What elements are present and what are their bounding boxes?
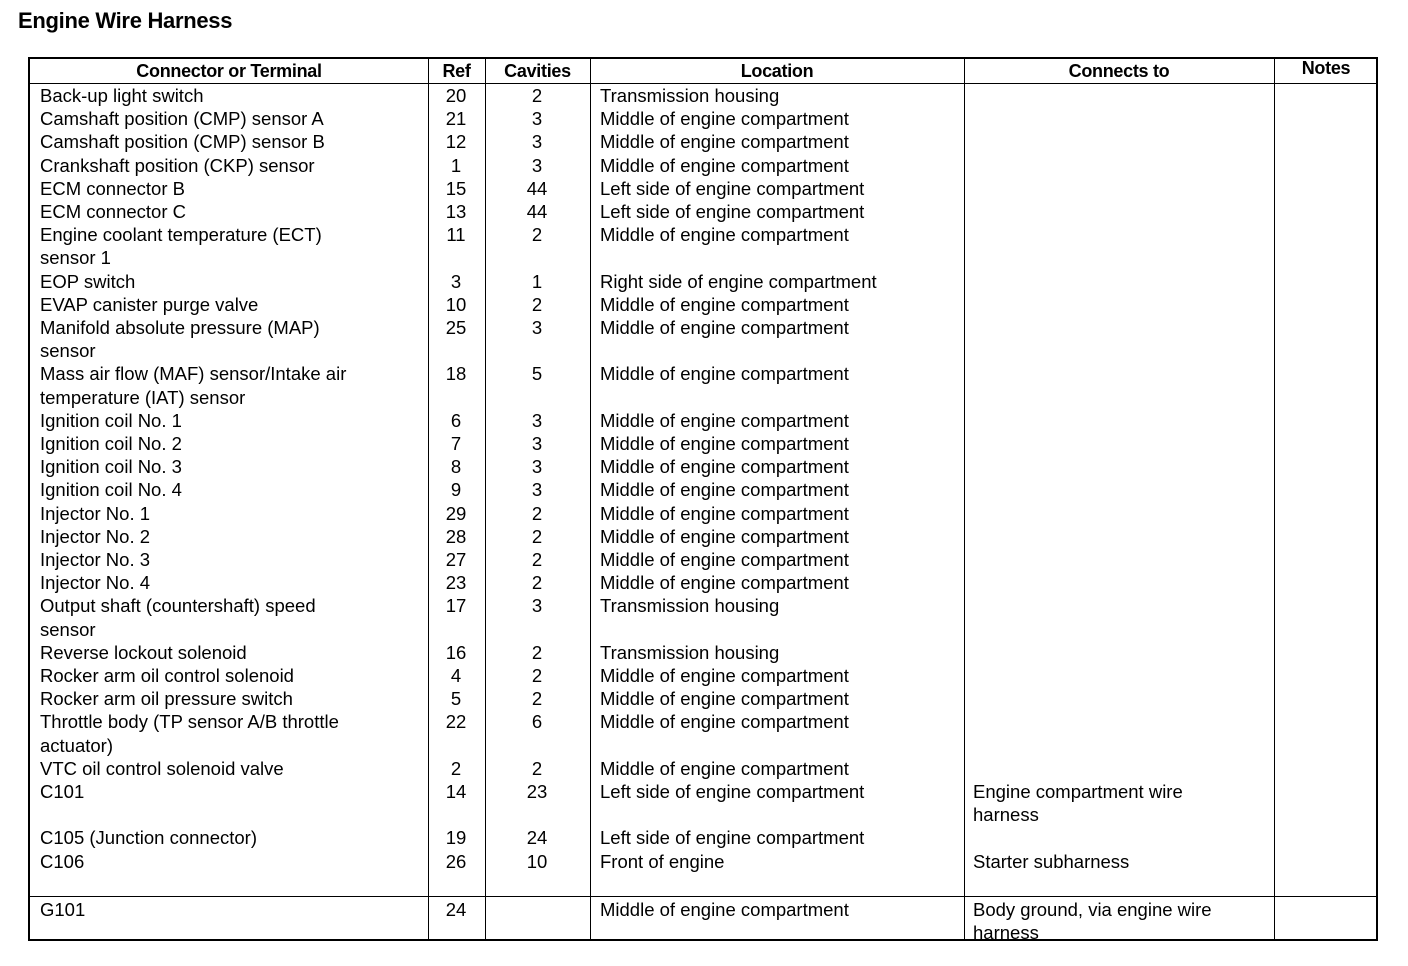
cell-connector: C101 [40, 780, 430, 803]
column-divider [590, 59, 591, 939]
cell-cavities: 2 [485, 293, 589, 316]
cell-cavities: 6 [485, 710, 589, 733]
cell-location: Middle of engine compartment [600, 898, 849, 921]
cell-connector: Ignition coil No. 2 [40, 432, 430, 455]
header-connector: Connector or Terminal [30, 59, 428, 84]
cell-cavities: 2 [485, 571, 589, 594]
header-ref: Ref [428, 59, 485, 84]
cell-ref: 7 [428, 432, 484, 455]
cell-ref: 11 [428, 223, 484, 246]
cell-cavities: 3 [485, 594, 589, 617]
cell-cavities: 3 [485, 455, 589, 478]
cell-location: Middle of engine compartment [600, 548, 849, 571]
cell-cavities: 2 [485, 641, 589, 664]
cell-cavities: 2 [485, 757, 589, 780]
column-divider [1274, 59, 1275, 939]
cell-connector: EOP switch [40, 270, 430, 293]
cell-cavities: 2 [485, 525, 589, 548]
cell-cavities: 23 [485, 780, 589, 803]
cell-cavities: 10 [485, 850, 589, 873]
cell-cavities: 3 [485, 409, 589, 432]
cell-ref: 13 [428, 200, 484, 223]
cell-connector: Injector No. 1 [40, 502, 430, 525]
cell-ref: 16 [428, 641, 484, 664]
cell-cavities: 44 [485, 200, 589, 223]
column-divider [964, 59, 965, 939]
cell-ref: 20 [428, 84, 484, 107]
cell-ref: 4 [428, 664, 484, 687]
cell-ref: 27 [428, 548, 484, 571]
cell-connector: Ignition coil No. 3 [40, 455, 430, 478]
cell-ref: 8 [428, 455, 484, 478]
cell-ref: 14 [428, 780, 484, 803]
cell-ref: 24 [428, 898, 484, 921]
cell-location: Middle of engine compartment [600, 455, 849, 478]
cell-location: Right side of engine compartment [600, 270, 877, 293]
cell-location: Left side of engine compartment [600, 177, 864, 200]
cell-connector: Injector No. 3 [40, 548, 430, 571]
cell-ref: 18 [428, 362, 484, 385]
header-location: Location [590, 59, 964, 84]
cell-connector: Reverse lockout solenoid [40, 641, 430, 664]
cell-location: Middle of engine compartment [600, 293, 849, 316]
cell-location: Middle of engine compartment [600, 223, 849, 246]
cell-ref: 3 [428, 270, 484, 293]
cell-cavities: 3 [485, 478, 589, 501]
cell-connects-to: Body ground, via engine wire harness [973, 898, 1212, 944]
cell-location: Transmission housing [600, 594, 779, 617]
cell-cavities: 1 [485, 270, 589, 293]
cell-cavities: 2 [485, 687, 589, 710]
cell-connector: Rocker arm oil pressure switch [40, 687, 430, 710]
cell-location: Left side of engine compartment [600, 200, 864, 223]
cell-ref: 25 [428, 316, 484, 339]
cell-connector: Ignition coil No. 4 [40, 478, 430, 501]
cell-connects-to: Starter subharness [973, 850, 1129, 873]
cell-connector: Camshaft position (CMP) sensor A [40, 107, 430, 130]
cell-connector: ECM connector B [40, 177, 430, 200]
cell-connector: Ignition coil No. 1 [40, 409, 430, 432]
cell-ref: 23 [428, 571, 484, 594]
cell-connector: Crankshaft position (CKP) sensor [40, 154, 430, 177]
cell-location: Front of engine [600, 850, 724, 873]
cell-connector: Mass air flow (MAF) sensor/Intake air te… [40, 362, 430, 408]
cell-connector: Rocker arm oil control solenoid [40, 664, 430, 687]
cell-cavities: 3 [485, 432, 589, 455]
cell-ref: 15 [428, 177, 484, 200]
ground-row-divider [30, 896, 1376, 897]
cell-connector: Manifold absolute pressure (MAP) sensor [40, 316, 430, 362]
cell-connector: ECM connector C [40, 200, 430, 223]
cell-ref: 10 [428, 293, 484, 316]
cell-cavities: 3 [485, 154, 589, 177]
cell-location: Left side of engine compartment [600, 780, 864, 803]
cell-location: Middle of engine compartment [600, 710, 849, 733]
cell-cavities: 3 [485, 130, 589, 153]
cell-cavities: 24 [485, 826, 589, 849]
cell-ref: 22 [428, 710, 484, 733]
cell-connector: G101 [40, 898, 430, 921]
header-cavities: Cavities [485, 59, 590, 84]
cell-location: Middle of engine compartment [600, 571, 849, 594]
cell-cavities: 2 [485, 84, 589, 107]
cell-connector: EVAP canister purge valve [40, 293, 430, 316]
cell-cavities: 3 [485, 107, 589, 130]
engine-wire-harness-table: Connector or Terminal Ref Cavities Locat… [28, 57, 1378, 941]
cell-location: Left side of engine compartment [600, 826, 864, 849]
cell-cavities: 2 [485, 502, 589, 525]
cell-location: Middle of engine compartment [600, 432, 849, 455]
cell-location: Middle of engine compartment [600, 757, 849, 780]
cell-location: Middle of engine compartment [600, 409, 849, 432]
cell-connector: Injector No. 2 [40, 525, 430, 548]
cell-location: Middle of engine compartment [600, 130, 849, 153]
cell-ref: 9 [428, 478, 484, 501]
cell-ref: 5 [428, 687, 484, 710]
cell-location: Middle of engine compartment [600, 154, 849, 177]
cell-ref: 17 [428, 594, 484, 617]
cell-cavities: 2 [485, 664, 589, 687]
cell-ref: 21 [428, 107, 484, 130]
cell-ref: 26 [428, 850, 484, 873]
page-title: Engine Wire Harness [18, 8, 232, 34]
cell-location: Middle of engine compartment [600, 664, 849, 687]
cell-ref: 12 [428, 130, 484, 153]
cell-connector: C105 (Junction connector) [40, 826, 430, 849]
cell-connector: Output shaft (countershaft) speed sensor [40, 594, 430, 640]
header-notes: Notes [1274, 56, 1378, 81]
cell-location: Transmission housing [600, 84, 779, 107]
cell-connector: Injector No. 4 [40, 571, 430, 594]
cell-cavities: 2 [485, 223, 589, 246]
cell-location: Transmission housing [600, 641, 779, 664]
cell-cavities: 2 [485, 548, 589, 571]
header-connects-to: Connects to [964, 59, 1274, 84]
cell-connector: Back-up light switch [40, 84, 430, 107]
cell-cavities: 44 [485, 177, 589, 200]
cell-ref: 29 [428, 502, 484, 525]
cell-connector: Camshaft position (CMP) sensor B [40, 130, 430, 153]
cell-connector: VTC oil control solenoid valve [40, 757, 430, 780]
cell-location: Middle of engine compartment [600, 525, 849, 548]
cell-location: Middle of engine compartment [600, 316, 849, 339]
cell-location: Middle of engine compartment [600, 107, 849, 130]
cell-location: Middle of engine compartment [600, 478, 849, 501]
cell-connects-to: Engine compartment wire harness [973, 780, 1183, 826]
cell-location: Middle of engine compartment [600, 687, 849, 710]
cell-location: Middle of engine compartment [600, 502, 849, 525]
cell-connector: Throttle body (TP sensor A/B throttle ac… [40, 710, 430, 756]
cell-ref: 28 [428, 525, 484, 548]
cell-ref: 19 [428, 826, 484, 849]
cell-ref: 6 [428, 409, 484, 432]
cell-location: Middle of engine compartment [600, 362, 849, 385]
cell-cavities: 3 [485, 316, 589, 339]
cell-connector: C106 [40, 850, 430, 873]
cell-ref: 1 [428, 154, 484, 177]
cell-connector: Engine coolant temperature (ECT) sensor … [40, 223, 430, 269]
cell-cavities: 5 [485, 362, 589, 385]
cell-ref: 2 [428, 757, 484, 780]
